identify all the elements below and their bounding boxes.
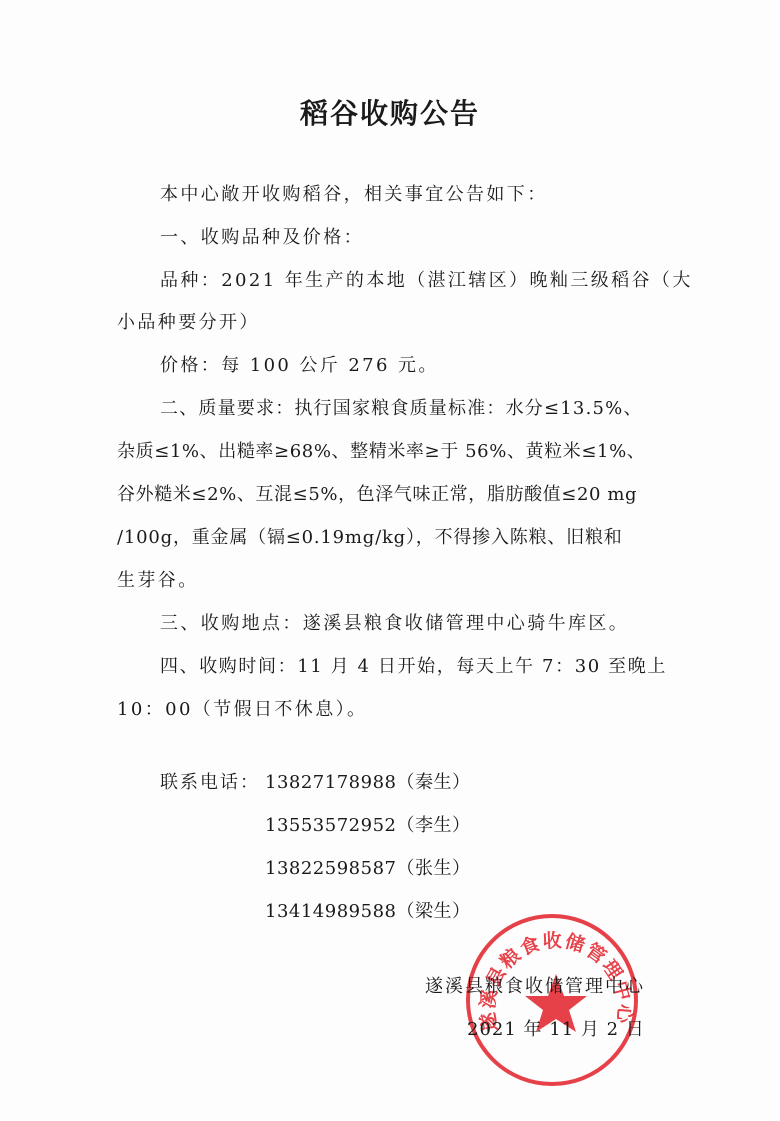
quality-line-4: /100g，重金属（镉≤0.19mg/kg），不得掺入陈粮、旧粮和 [117, 526, 667, 550]
time-line-2: 10：00（节假日不休息）。 [117, 698, 667, 722]
document-page: 稻谷收购公告 本中心敞开收购稻谷，相关事宜公告如下： 一、收购品种及价格： 品种… [0, 0, 780, 1121]
seal-star-icon: 遂溪县粮食收储管理中心 [470, 918, 642, 1090]
section-one-heading: 一、收购品种及价格： [160, 226, 670, 250]
time-line-1: 四、收购时间：11 月 4 日开始，每天上午 7：30 至晚上 [160, 655, 670, 679]
document-title: 稻谷收购公告 [0, 92, 780, 132]
variety-line-1: 品种：2021 年生产的本地（湛江辖区）晚籼三级稻谷（大 [160, 269, 670, 293]
quality-line-3: 谷外糙米≤2%、互混≤5%，色泽气味正常，脂肪酸值≤20 mg [117, 483, 667, 507]
phone-zhang: 13822598587（张生） [265, 854, 470, 880]
location-line: 三、收购地点：遂溪县粮食收储管理中心骑牛库区。 [160, 612, 670, 636]
phone-qin: 13827178988（秦生） [265, 768, 470, 794]
signature-organization: 遂溪县粮食收储管理中心 [425, 972, 645, 998]
signature-date: 2021 年 11 月 2 日 [467, 1015, 645, 1041]
quality-line-1: 二、质量要求：执行国家粮食质量标准：水分≤13.5%、 [160, 397, 670, 421]
quality-line-5: 生芽谷。 [117, 569, 667, 593]
intro-paragraph: 本中心敞开收购稻谷，相关事宜公告如下： [160, 183, 670, 207]
contact-label: 联系电话： [160, 768, 260, 794]
phone-li: 13553572952（李生） [265, 811, 470, 837]
variety-line-2: 小品种要分开） [117, 311, 667, 335]
price-line: 价格：每 100 公斤 276 元。 [160, 354, 670, 378]
official-seal-stamp: 遂溪县粮食收储管理中心 [466, 914, 638, 1086]
quality-line-2: 杂质≤1%、出糙率≥68%、整精米率≥于 56%、黄粒米≤1%、 [117, 440, 667, 464]
phone-liang: 13414989588（梁生） [265, 897, 470, 923]
